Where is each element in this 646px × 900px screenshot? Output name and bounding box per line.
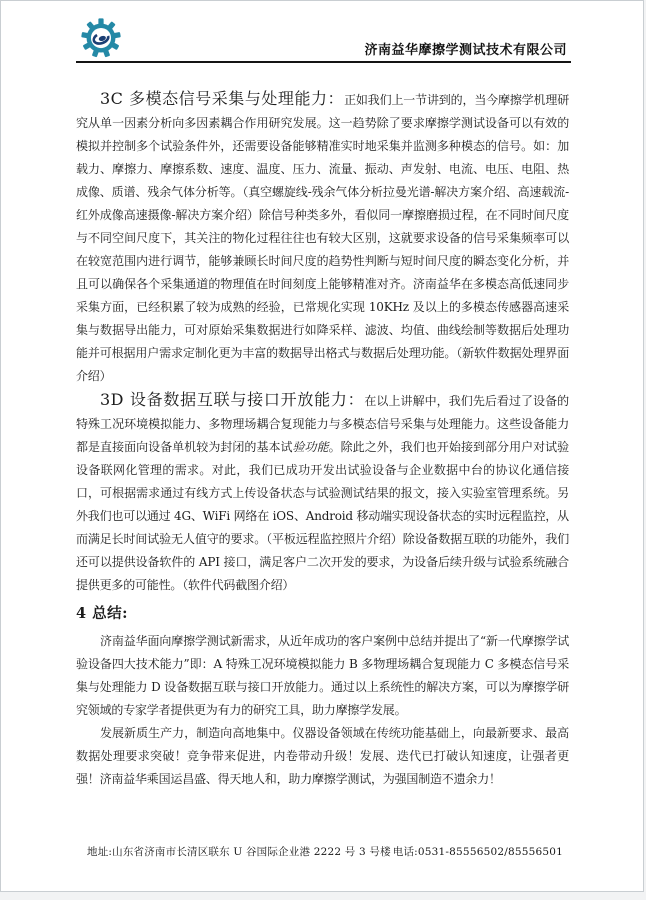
company-gear-logo-icon xyxy=(79,17,123,59)
page-footer: 地址:山东省济南市长清区联东 U 谷国际企业港 2222 号 3 号楼 电话:0… xyxy=(87,844,563,859)
summary-paragraph-1: 济南益华面向摩擦学测试新需求，从近年成功的客户案例中总结并提出了“新一代摩擦学试… xyxy=(76,630,569,722)
section-3c-paragraph: 3C 多模态信号采集与处理能力：正如我们上一节讲到的，当今摩擦学机理研究从单一因… xyxy=(76,87,569,388)
section-3d-paragraph: 3D 设备数据互联与接口开放能力：在以上讲解中，我们先后看过了设备的特殊工况环境… xyxy=(76,388,569,597)
section-3c-heading: 3C 多模态信号采集与处理能力： xyxy=(100,89,344,108)
document-page: 济南益华摩擦学测试技术有限公司 3C 多模态信号采集与处理能力：正如我们上一节讲… xyxy=(0,0,644,892)
header-divider xyxy=(76,61,571,63)
section-3d-heading: 3D 设备数据互联与接口开放能力： xyxy=(100,390,364,409)
footer-phone: 电话:0531-85556502/85556501 xyxy=(393,844,563,859)
summary-paragraph-2: 发展新质生产力，制造向高地集中。仪器设备领域在传统功能基础上，向最新要求、最高数… xyxy=(76,722,569,791)
company-name: 济南益华摩擦学测试技术有限公司 xyxy=(364,39,567,58)
footer-address: 地址:山东省济南市长清区联东 U 谷国际企业港 2222 号 3 号楼 xyxy=(87,844,391,859)
section-3d-italic-phrase: 验功能 xyxy=(293,440,329,454)
document-body: 3C 多模态信号采集与处理能力：正如我们上一节讲到的，当今摩擦学机理研究从单一因… xyxy=(76,87,569,791)
section-3d-body-end: 。除此之外，我们也开始接到部分用户对试验设备联网化管理的需求。对此，我们已成功开… xyxy=(76,440,569,592)
section-3c-body: 正如我们上一节讲到的，当今摩擦学机理研究从单一因素分析向多因素耦合作用研究发展。… xyxy=(76,93,569,383)
summary-heading: 4 总结: xyxy=(76,602,569,625)
